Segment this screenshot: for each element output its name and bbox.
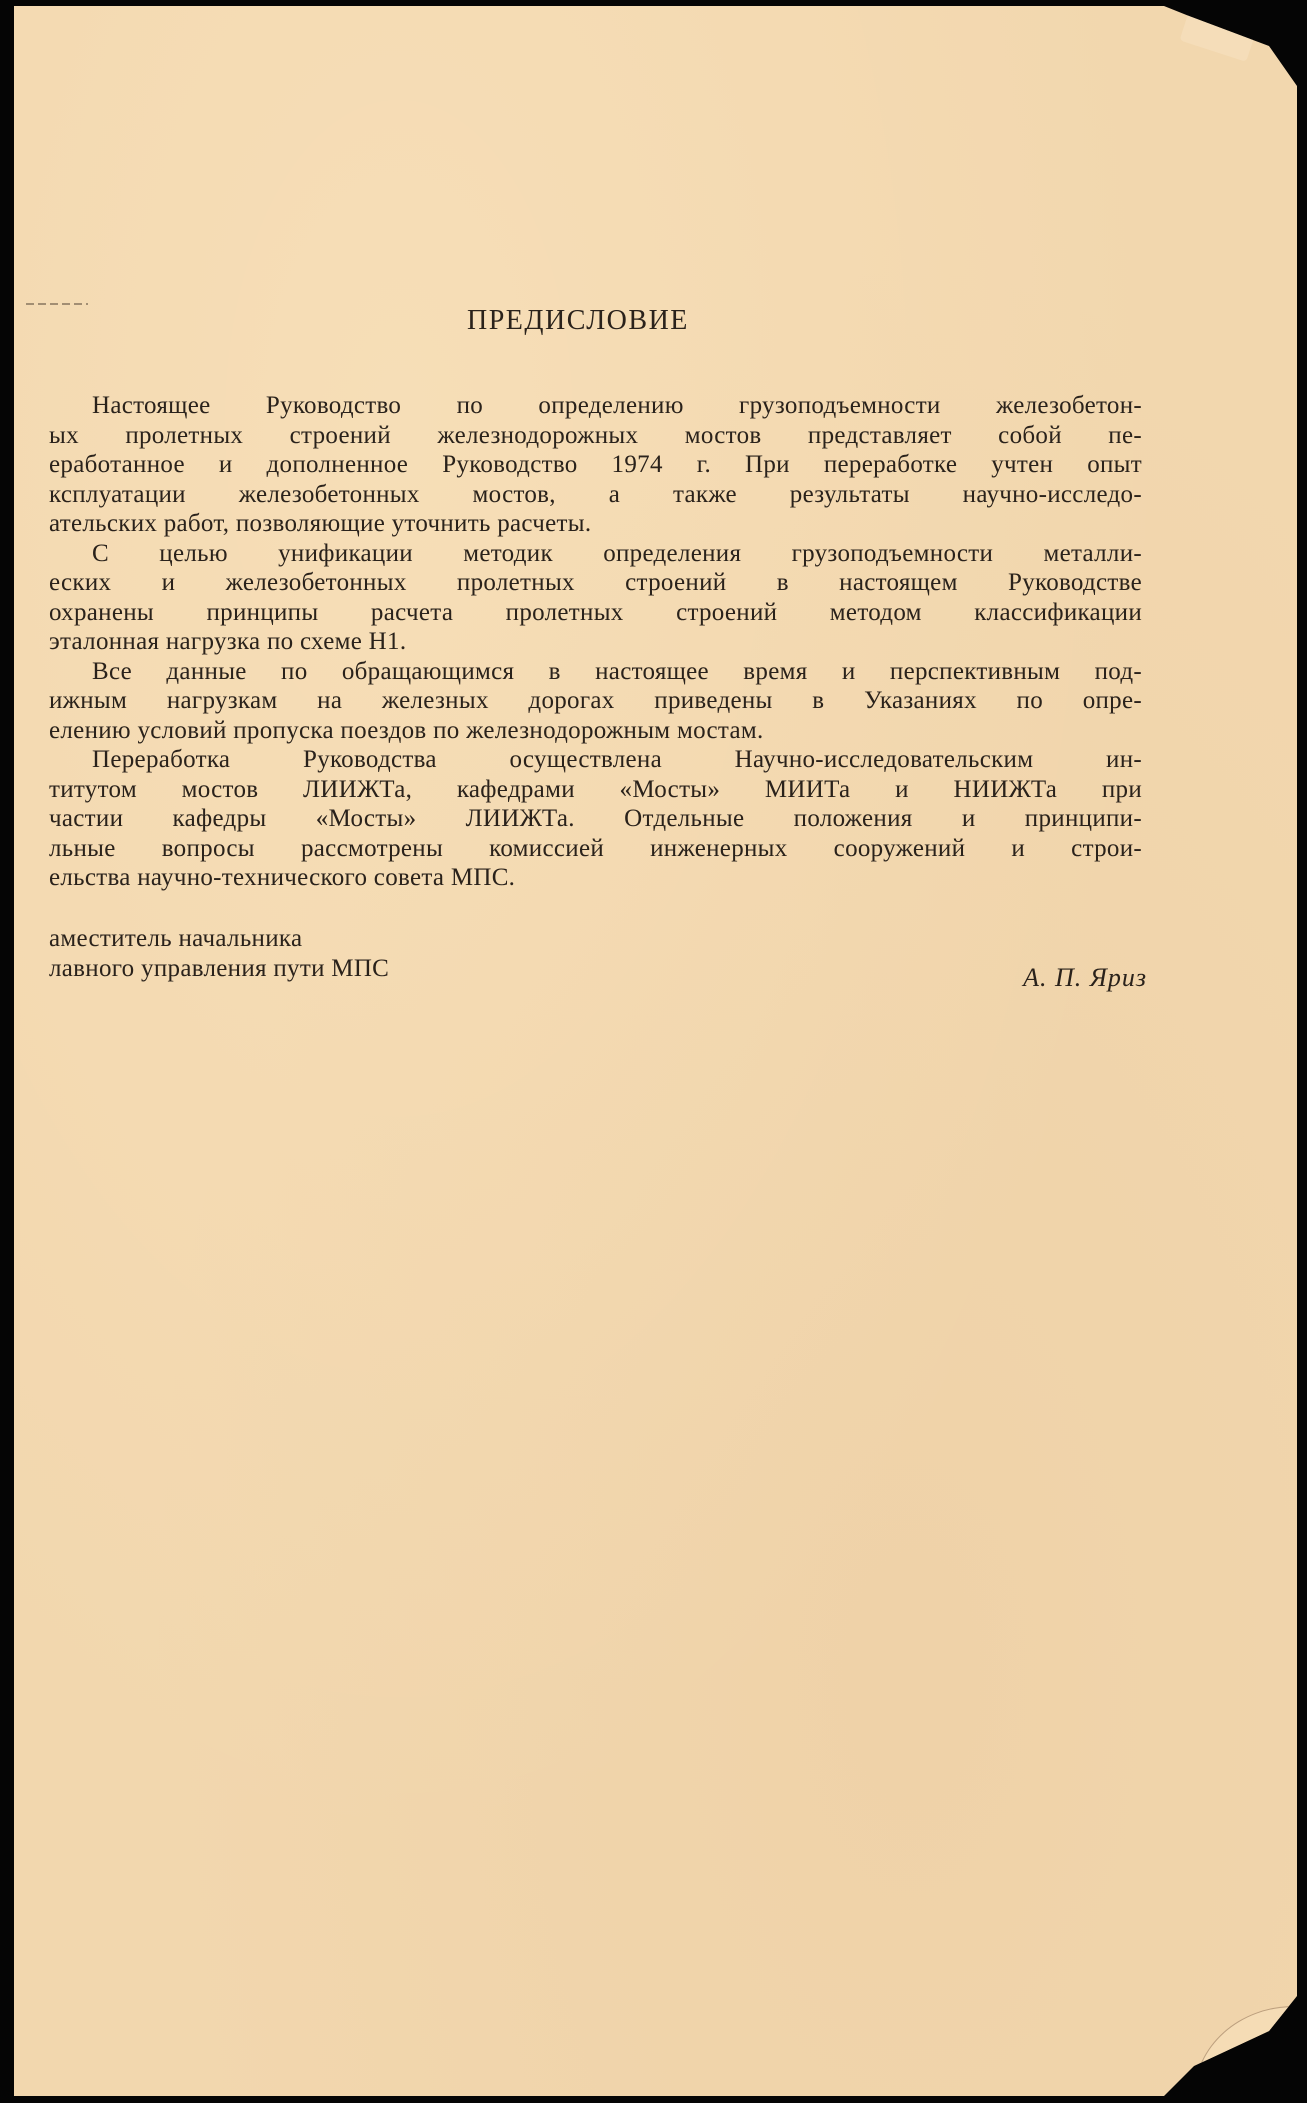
paragraph-3-line-2: ижным нагрузкам на железных дорогах прив… bbox=[49, 686, 1142, 716]
signature-position-line-2: лавного управления пути МПС bbox=[49, 954, 389, 984]
paragraph-1-line-5: ательских работ, позволяющие уточнить ра… bbox=[49, 509, 1142, 539]
document-page: ПРЕДИСЛОВИЕ Настоящее Руководство по опр… bbox=[14, 6, 1297, 2096]
page-title: ПРЕДИСЛОВИЕ bbox=[467, 305, 689, 337]
signature-position: аместитель начальника лавного управления… bbox=[49, 924, 389, 984]
paragraph-4-line-1: Переработка Руководства осуществлена Нау… bbox=[49, 745, 1142, 775]
body-text: Настоящее Руководство по определению гру… bbox=[49, 391, 1142, 893]
paragraph-1-line-2: ых пролетных строений железнодорожных мо… bbox=[49, 421, 1142, 451]
folded-corner-top-right bbox=[1180, 2, 1259, 62]
signature-position-line-1: аместитель начальника bbox=[49, 924, 389, 954]
paragraph-4-line-5: ельства научно-технического совета МПС. bbox=[49, 863, 1142, 893]
margin-mark bbox=[26, 303, 88, 305]
paragraph-2-line-2: еских и железобетонных пролетных строени… bbox=[49, 568, 1142, 598]
folded-corner-bottom-right bbox=[1194, 2006, 1305, 2102]
paragraph-4-line-3: частии кафедры «Мосты» ЛИИЖТа. Отдельные… bbox=[49, 804, 1142, 834]
paragraph-2-line-1: С целью унификации методик определения г… bbox=[49, 539, 1142, 569]
signature-name: А. П. Яриз bbox=[1023, 963, 1147, 993]
paragraph-4-line-2: титутом мостов ЛИИЖТа, кафедрами «Мосты»… bbox=[49, 775, 1142, 805]
paragraph-1-line-4: ксплуатации железобетонных мостов, а так… bbox=[49, 480, 1142, 510]
paragraph-1-line-1: Настоящее Руководство по определению гру… bbox=[49, 391, 1142, 421]
paragraph-4-line-4: льные вопросы рассмотрены комиссией инже… bbox=[49, 834, 1142, 864]
paragraph-2-line-3: охранены принципы расчета пролетных стро… bbox=[49, 598, 1142, 628]
paragraph-1-line-3: еработанное и дополненное Руководство 19… bbox=[49, 450, 1142, 480]
paragraph-3-line-1: Все данные по обращающимся в настоящее в… bbox=[49, 657, 1142, 687]
paragraph-3-line-3: елению условий пропуска поездов по желез… bbox=[49, 716, 1142, 746]
paragraph-2-line-4: эталонная нагрузка по схеме Н1. bbox=[49, 627, 1142, 657]
